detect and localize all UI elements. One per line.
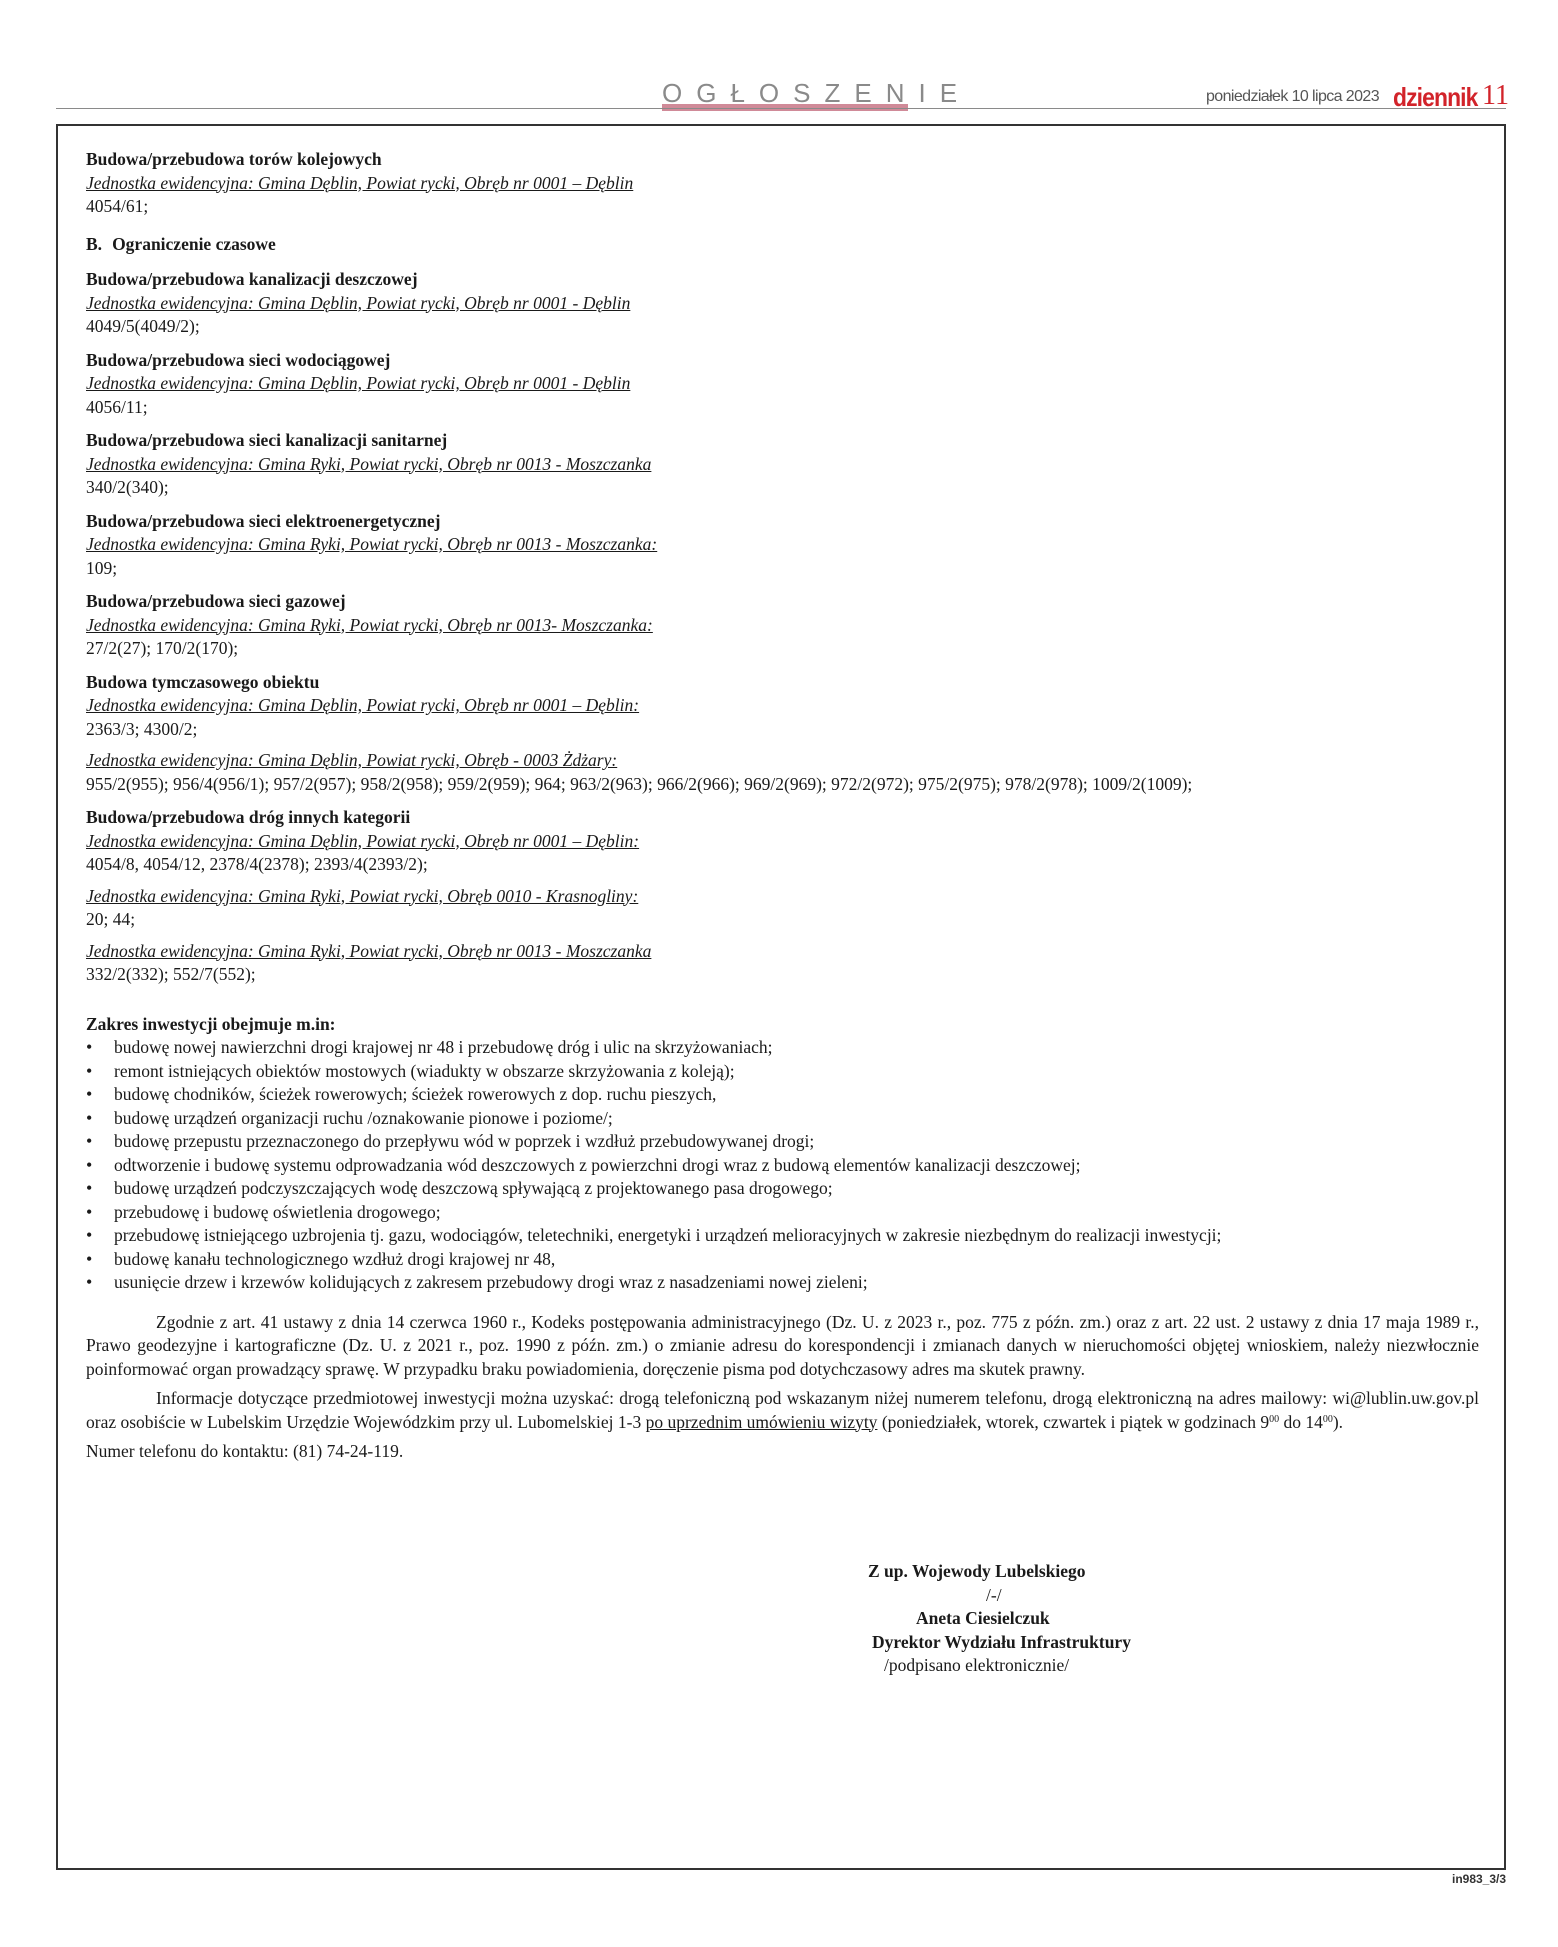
registration-unit: Jednostka ewidencyjna: Gmina Dęblin, Pow… xyxy=(86,694,1486,718)
header-rule xyxy=(56,108,1506,109)
scope-item: remont istniejących obiektów mostowych (… xyxy=(86,1060,1486,1084)
section-letter: B. xyxy=(86,234,102,254)
section-title: Budowa tymczasowego obiektu xyxy=(86,671,1486,695)
section-title: Budowa/przebudowa torów kolejowych xyxy=(86,148,1486,172)
signature-note: /podpisano elektronicznie/ xyxy=(860,1654,1180,1678)
scope-item: przebudowę istniejącego uzbrojenia tj. g… xyxy=(86,1224,1486,1248)
parcel-list: 340/2(340); xyxy=(86,476,1486,500)
parcel-list: 4056/11; xyxy=(86,396,1486,420)
section-item: Budowa/przebudowa dróg innych kategoriiJ… xyxy=(86,806,1486,987)
section-railway: Budowa/przebudowa torów kolejowych Jedno… xyxy=(86,148,1486,219)
scope-list: budowę nowej nawierzchni drogi krajowej … xyxy=(86,1036,1486,1295)
section-title: Budowa/przebudowa sieci kanalizacji sani… xyxy=(86,429,1486,453)
parcel-list: 109; xyxy=(86,557,1486,581)
scope-item: przebudowę i budowę oświetlenia drogoweg… xyxy=(86,1201,1486,1225)
scope-item: budowę nowej nawierzchni drogi krajowej … xyxy=(86,1036,1486,1060)
parcel-entry: Jednostka ewidencyjna: Gmina Dęblin, Pow… xyxy=(86,749,1486,796)
sections-list: Budowa/przebudowa kanalizacji deszczowej… xyxy=(86,268,1486,987)
parcel-entry: Jednostka ewidencyjna: Gmina Ryki, Powia… xyxy=(86,940,1486,987)
scope-item: budowę urządzeń podczyszczających wodę d… xyxy=(86,1177,1486,1201)
scope-item: usunięcie drzew i krzewów kolidujących z… xyxy=(86,1271,1486,1295)
section-item: Budowa/przebudowa sieci wodociągowejJedn… xyxy=(86,349,1486,420)
parcel-entry: Jednostka ewidencyjna: Gmina Ryki, Powia… xyxy=(86,533,1486,580)
section-item: Budowa tymczasowego obiektuJednostka ewi… xyxy=(86,671,1486,797)
section-title: Budowa/przebudowa sieci elektroenergetyc… xyxy=(86,510,1486,534)
signatory-name: Aneta Ciesielczuk xyxy=(860,1607,1180,1631)
contact-phone: Numer telefonu do kontaktu: (81) 74-24-1… xyxy=(86,1440,1479,1464)
registration-unit: Jednostka ewidencyjna: Gmina Ryki, Powia… xyxy=(86,940,1486,964)
parcel-list: 955/2(955); 956/4(956/1); 957/2(957); 95… xyxy=(86,773,1486,797)
appointment-link: po uprzednim umówieniu wizyty xyxy=(646,1412,878,1432)
registration-unit: Jednostka ewidencyjna: Gmina Dęblin, Pow… xyxy=(86,749,1486,773)
scope-item: budowę urządzeń organizacji ruchu /oznak… xyxy=(86,1107,1486,1131)
section-item: Budowa/przebudowa sieci kanalizacji sani… xyxy=(86,429,1486,500)
signature-authority: Z up. Wojewody Lubelskiego xyxy=(860,1560,1180,1584)
registration-unit: Jednostka ewidencyjna: Gmina Dęblin, Pow… xyxy=(86,830,1486,854)
parcel-list: 2363/3; 4300/2; xyxy=(86,718,1486,742)
parcel-list: 4049/5(4049/2); xyxy=(86,315,1486,339)
parcel-list: 4054/8, 4054/12, 2378/4(2378); 2393/4(23… xyxy=(86,853,1486,877)
registration-unit: Jednostka ewidencyjna: Gmina Dęblin, Pow… xyxy=(86,372,1486,396)
ad-code: in983_3/3 xyxy=(1452,1872,1506,1886)
registration-unit: Jednostka ewidencyjna: Gmina Ryki, Powia… xyxy=(86,614,1486,638)
newspaper-logo: dziennik xyxy=(1393,82,1477,113)
section-b-heading: B.Ograniczenie czasowe xyxy=(86,233,1486,257)
parcel-entry: Jednostka ewidencyjna: Gmina Ryki, Powia… xyxy=(86,885,1486,932)
parcel-list: 332/2(332); 552/7(552); xyxy=(86,963,1486,987)
section-b-title: Ograniczenie czasowe xyxy=(112,234,276,254)
signatory-position: Dyrektor Wydziału Infrastruktury xyxy=(860,1631,1180,1655)
parcel-list: 4054/61; xyxy=(86,195,1486,219)
section-title: Budowa/przebudowa dróg innych kategorii xyxy=(86,806,1486,830)
parcel-entry: Jednostka ewidencyjna: Gmina Dęblin, Pow… xyxy=(86,830,1486,877)
section-title: Budowa/przebudowa sieci wodociągowej xyxy=(86,349,1486,373)
section-title: Budowa/przebudowa kanalizacji deszczowej xyxy=(86,268,1486,292)
scope-title: Zakres inwestycji obejmuje m.in: xyxy=(86,1013,1486,1037)
signature-mark: /-/ xyxy=(860,1584,1180,1608)
registration-unit: Jednostka ewidencyjna: Gmina Dęblin, Pow… xyxy=(86,292,1486,316)
section-item: Budowa/przebudowa kanalizacji deszczowej… xyxy=(86,268,1486,339)
section-item: Budowa/przebudowa sieci elektroenergetyc… xyxy=(86,510,1486,581)
registration-unit: Jednostka ewidencyjna: Gmina Ryki, Powia… xyxy=(86,885,1486,909)
scope-item: budowę przepustu przeznaczonego do przep… xyxy=(86,1130,1486,1154)
registration-unit: Jednostka ewidencyjna: Gmina Ryki, Powia… xyxy=(86,453,1486,477)
scope-item: odtworzenie i budowę systemu odprowadzan… xyxy=(86,1154,1486,1178)
parcel-list: 20; 44; xyxy=(86,908,1486,932)
parcel-entry: Jednostka ewidencyjna: Gmina Dęblin, Pow… xyxy=(86,372,1486,419)
registration-unit: Jednostka ewidencyjna: Gmina Dęblin, Pow… xyxy=(86,172,1486,196)
legal-paragraph: Zgodnie z art. 41 ustawy z dnia 14 czerw… xyxy=(86,1311,1479,1382)
section-title: Budowa/przebudowa sieci gazowej xyxy=(86,590,1486,614)
info-paragraph: Informacje dotyczące przedmiotowej inwes… xyxy=(86,1387,1479,1434)
announcement-body: Budowa/przebudowa torów kolejowych Jedno… xyxy=(86,148,1486,1464)
issue-date: poniedziałek 10 lipca 2023 xyxy=(1206,88,1379,106)
scope-item: budowę kanału technologicznego wzdłuż dr… xyxy=(86,1248,1486,1272)
parcel-entry: Jednostka ewidencyjna: Gmina Ryki, Powia… xyxy=(86,614,1486,661)
parcel-entry: Jednostka ewidencyjna: Gmina Dęblin, Pow… xyxy=(86,292,1486,339)
parcel-entry: Jednostka ewidencyjna: Gmina Dęblin, Pow… xyxy=(86,694,1486,741)
page-number: 11 xyxy=(1482,80,1509,112)
registration-unit: Jednostka ewidencyjna: Gmina Ryki, Powia… xyxy=(86,533,1486,557)
parcel-list: 27/2(27); 170/2(170); xyxy=(86,637,1486,661)
signature-block: Z up. Wojewody Lubelskiego /-/ Aneta Cie… xyxy=(860,1560,1180,1678)
scope-item: budowę chodników, ścieżek rowerowych; śc… xyxy=(86,1083,1486,1107)
section-item: Budowa/przebudowa sieci gazowejJednostka… xyxy=(86,590,1486,661)
parcel-entry: Jednostka ewidencyjna: Gmina Ryki, Powia… xyxy=(86,453,1486,500)
